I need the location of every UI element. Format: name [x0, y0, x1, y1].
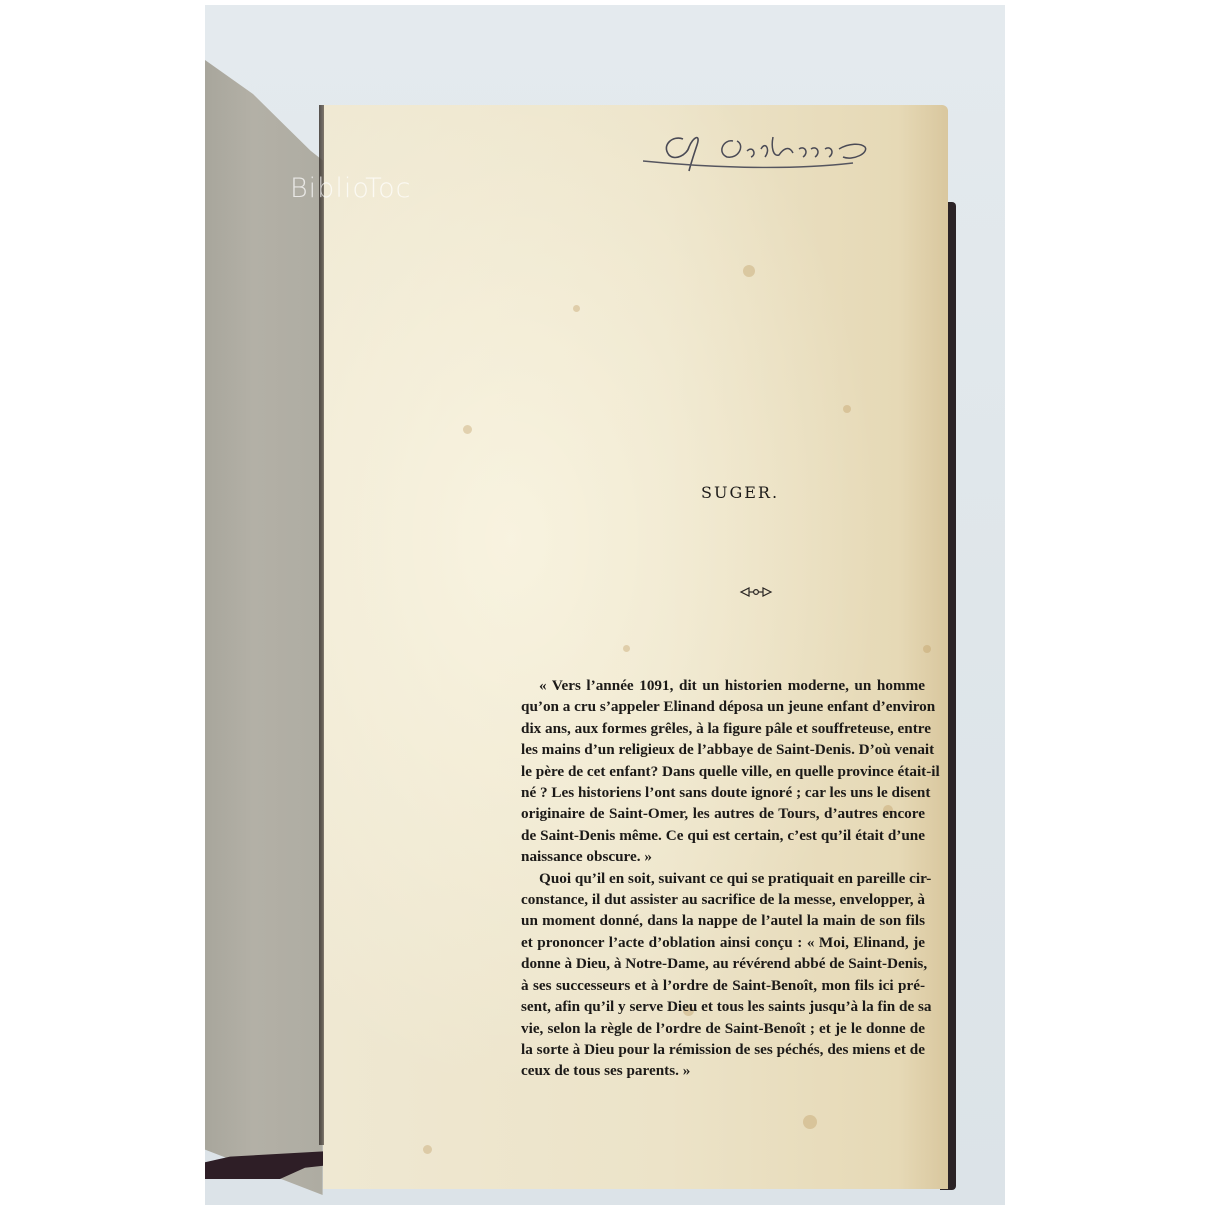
- foxing-spot: [423, 1145, 432, 1154]
- text-line: Quoi qu’il en soit, suivant ce qui se pr…: [521, 868, 925, 889]
- paragraph-1: « Vers l’année 1091, dit un historien mo…: [521, 675, 925, 868]
- text-line: originaire de Saint-Omer, les autres de …: [521, 803, 925, 824]
- foxing-spot: [573, 305, 580, 312]
- text-line: vie, selon la règle de l’ordre de Saint-…: [521, 1018, 925, 1039]
- text-line: la sorte à Dieu pour la rémission de ses…: [521, 1039, 925, 1060]
- text-line: de Saint-Denis même. Ce qui est certain,…: [521, 825, 925, 846]
- handwritten-signature: Ch. Desmarais: [643, 127, 883, 177]
- text-line: naissance obscure. »: [521, 846, 925, 867]
- text-line: qu’on a cru s’appeler Elinand déposa un …: [521, 696, 925, 717]
- book-gutter: [319, 105, 324, 1145]
- text-line: né ? Les historiens l’ont sans doute ign…: [521, 782, 925, 803]
- text-line: le père de cet enfant? Dans quelle ville…: [521, 761, 925, 782]
- book-photo: Ch. Desmarais SUGER. « Vers l’année 1091…: [205, 5, 1005, 1205]
- text-line: les mains d’un religieux de l’abbaye de …: [521, 739, 925, 760]
- text-line: sent, afin qu’il y serve Dieu et tous le…: [521, 996, 925, 1017]
- text-line: et prononcer l’acte d’oblation ainsi con…: [521, 932, 925, 953]
- text-line: à ses successeurs et à l’ordre de Saint-…: [521, 975, 925, 996]
- chapter-title: SUGER.: [701, 483, 779, 502]
- foxing-spot: [463, 425, 472, 434]
- foxing-spot: [623, 645, 630, 652]
- paragraph-2: Quoi qu’il en soit, suivant ce qui se pr…: [521, 868, 925, 1082]
- text-line: « Vers l’année 1091, dit un historien mo…: [521, 675, 925, 696]
- ornament-divider: [739, 585, 773, 599]
- left-page: [205, 60, 325, 1195]
- text-line: constance, il dut assister au sacrifice …: [521, 889, 925, 910]
- text-line: dix ans, aux formes grêles, à la figure …: [521, 718, 925, 739]
- foxing-spot: [803, 1115, 817, 1129]
- watermark: BiblioToc: [290, 173, 412, 204]
- text-line: un moment donné, dans la nappe de l’aute…: [521, 910, 925, 931]
- right-page: Ch. Desmarais SUGER. « Vers l’année 1091…: [323, 105, 948, 1189]
- foxing-spot: [923, 645, 931, 653]
- body-text: « Vers l’année 1091, dit un historien mo…: [521, 675, 925, 1082]
- text-line: ceux de tous ses parents. »: [521, 1060, 925, 1081]
- foxing-spot: [843, 405, 851, 413]
- text-line: donne à Dieu, à Notre-Dame, au révérend …: [521, 953, 925, 974]
- foxing-spot: [743, 265, 755, 277]
